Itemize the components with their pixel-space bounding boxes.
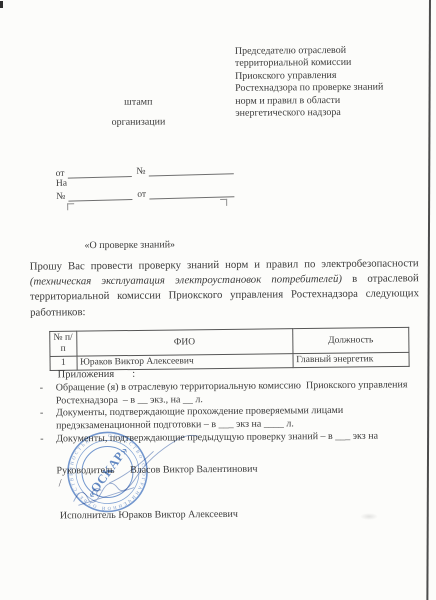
subject-line: «О проверке знаний» [84,239,175,251]
header-num: № п/п [50,331,77,356]
executor-name: Юраков Виктор Алексеевич [118,509,238,521]
number-label: № [131,167,148,177]
attachment-item: - Обращение (я) в отраслевую территориал… [40,379,420,408]
attachments-title: Приложения: [58,369,136,381]
request-italic-clause: (техническая эксплуатация электроустанов… [30,273,342,288]
list-dash: - [40,382,56,408]
recipient-line: Ростехнадзора по проверке знаний [235,82,395,96]
cell-name: Юраков Виктор Алексеевич [77,354,293,370]
handwritten-signature [51,424,217,517]
cell-position: Главный энергетик [293,352,409,367]
executor-line: Исполнитель Юраков Виктор Алексеевич [60,509,238,522]
address-zone-corner-right [220,199,227,206]
date-blank-line [67,166,131,179]
header-name: ФИО [76,329,292,356]
header-position: Должность [292,327,409,353]
org-stamp-line1: штамп [90,96,186,108]
scan-corner-speck [0,1,3,8]
org-stamp-line2: организации [90,116,186,128]
signature-loop-stroke [92,489,101,497]
reply-number-blank-line [68,189,132,202]
attachments-title-text: Приложения [58,369,115,380]
executor-label: Исполнитель [60,510,116,521]
scan-smudge [360,513,378,520]
address-zone-corner-left [67,203,74,210]
reply-from-label: от [132,190,149,200]
number-blank-line [148,163,233,176]
attachments-colon: : [132,369,135,380]
reply-number-label: № [56,192,68,202]
table-row: 1 Юраков Виктор Алексеевич Главный энерг… [50,352,409,370]
org-stamp-placeholder: штамп организации [90,96,186,128]
recipient-address-block: Председателю отраслевой территориальной … [235,44,396,120]
scanned-letter-page: Председателю отраслевой территориальной … [0,0,436,600]
attachment-text: Обращение (я) в отраслевую территориальн… [56,379,412,408]
recipient-line: энергетического надзора [235,106,395,120]
request-paragraph: Прошу Вас провести проверку знаний норм … [30,256,420,320]
request-intro: Прошу Вас провести проверку знаний норм … [30,257,419,272]
reference-lines-block: от № На № от [56,162,235,202]
reply-date-blank-line [149,186,234,199]
from-label: от [56,169,68,179]
employees-table: № п/п ФИО Должность 1 Юраков Виктор Алек… [49,327,409,371]
document-content: Председателю отраслевой территориальной … [0,0,436,600]
signature-second-stroke [109,452,153,483]
